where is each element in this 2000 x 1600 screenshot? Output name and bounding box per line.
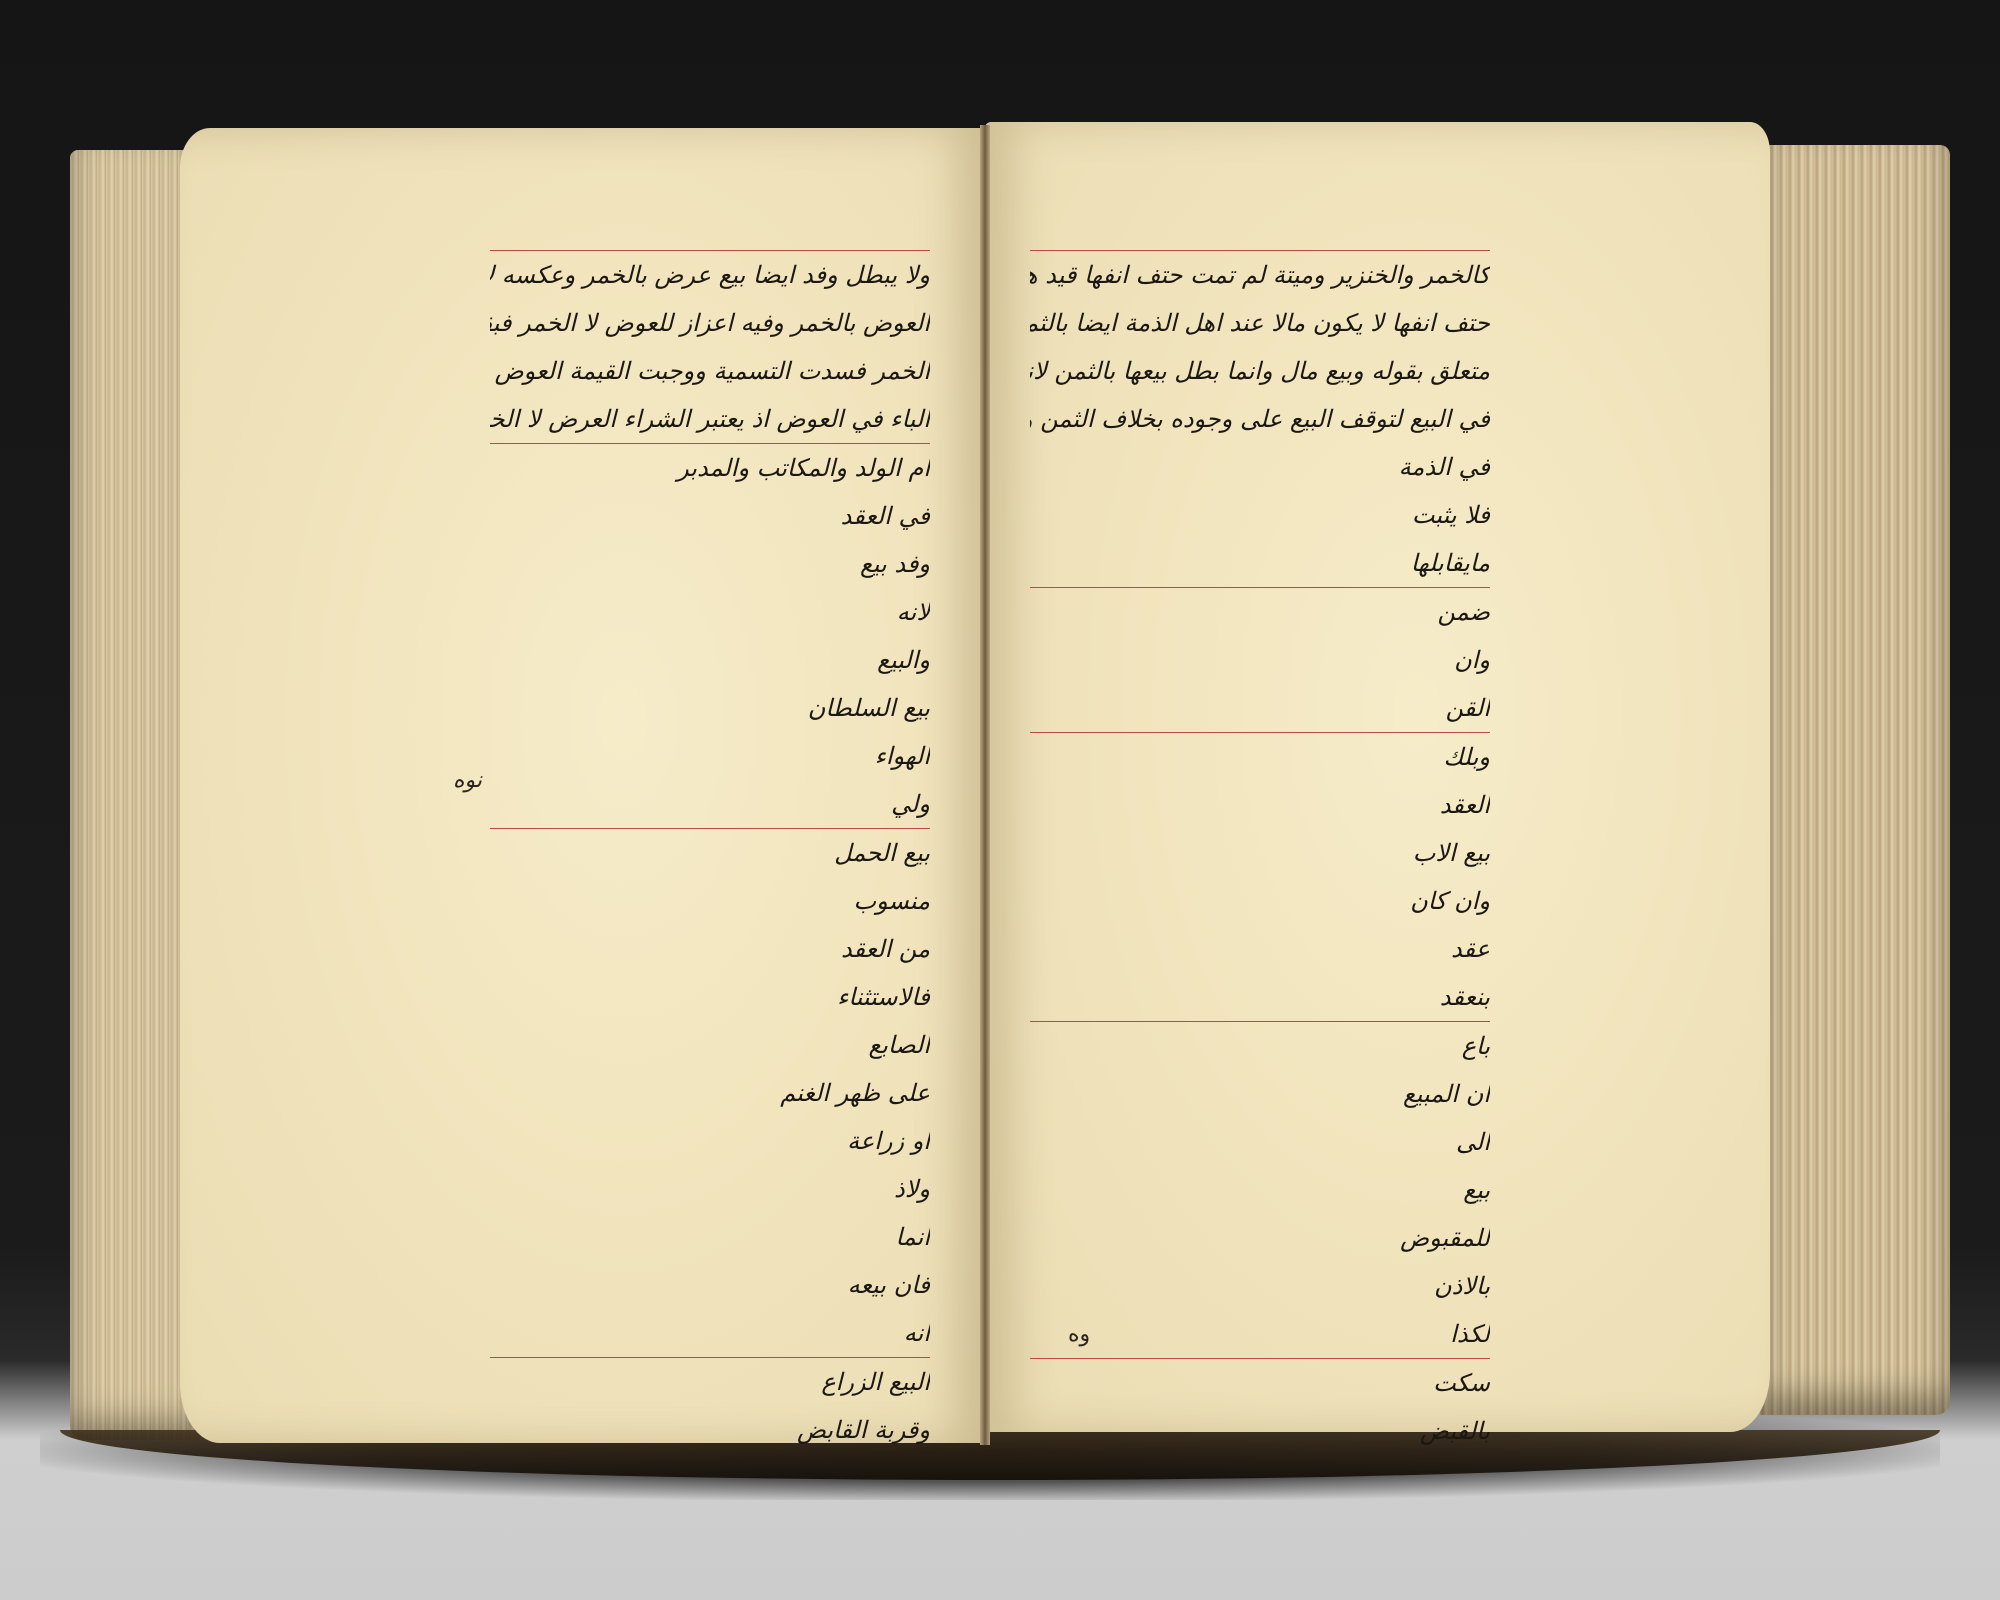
text-line: وان xyxy=(1030,636,1490,684)
margin-note: نوه xyxy=(453,768,482,793)
text-line: الصابع xyxy=(490,1021,930,1069)
text-line: بالاذن xyxy=(1030,1262,1490,1310)
text-line: البيع الزراع xyxy=(490,1357,930,1406)
text-line: متعلق بقوله وبيع مال وانما بطل بيعها بال… xyxy=(1030,347,1490,395)
text-line: كالخمر والخنزير وميتة لم تمت حتف انفها ق… xyxy=(1030,250,1490,299)
text-line: على ظهر الغنم xyxy=(490,1069,930,1117)
right-page-edges xyxy=(1760,145,1950,1415)
text-line: في الذمة xyxy=(1030,443,1490,491)
text-line: بنعقد xyxy=(1030,973,1490,1021)
text-line: بيع xyxy=(1030,1166,1490,1214)
folio-number: وه xyxy=(1068,1322,1090,1347)
text-line: لانه xyxy=(490,588,930,636)
text-line: فان بيعه xyxy=(490,1261,930,1309)
text-line: الباء في العوض اذ يعتبر الشراء العرض لا … xyxy=(490,395,930,443)
text-line: لكذا xyxy=(1030,1310,1490,1358)
text-line: فلا يثبت xyxy=(1030,491,1490,539)
right-page-text: كالخمر والخنزير وميتة لم تمت حتف انفها ق… xyxy=(1030,250,1490,1455)
text-line: القن xyxy=(1030,684,1490,732)
text-line: للمقبوض xyxy=(1030,1214,1490,1262)
text-line: في العقد xyxy=(490,492,930,540)
text-line: والبيع xyxy=(490,636,930,684)
text-line: بالقبض xyxy=(1030,1407,1490,1455)
text-line: حتف انفها لا يكون مالا عند اهل الذمة ايض… xyxy=(1030,299,1490,347)
text-line: مايقابلها xyxy=(1030,539,1490,587)
text-line: او زراعة xyxy=(490,1117,930,1165)
open-manuscript: ولا يبطل وفد ايضا بيع عرض بالخمر وعكسه ل… xyxy=(0,0,2000,1600)
text-line: انه xyxy=(490,1309,930,1357)
text-line: باع xyxy=(1030,1021,1490,1070)
text-line: وقربة القابض xyxy=(490,1406,930,1454)
text-line: وبلك xyxy=(1030,732,1490,781)
left-page-text: ولا يبطل وفد ايضا بيع عرض بالخمر وعكسه ل… xyxy=(490,250,930,1454)
text-line: في البيع لتوقف البيع على وجوده بخلاف الث… xyxy=(1030,395,1490,443)
text-line: الخمر فسدت التسمية ووجبت القيمة العوض لا… xyxy=(490,347,930,395)
text-line: ان المبيع xyxy=(1030,1070,1490,1118)
book-gutter xyxy=(980,125,990,1445)
text-line: وان كان xyxy=(1030,877,1490,925)
text-line: بيع الحمل xyxy=(490,828,930,877)
photo-scene: ولا يبطل وفد ايضا بيع عرض بالخمر وعكسه ل… xyxy=(0,0,2000,1600)
text-line: الى xyxy=(1030,1118,1490,1166)
text-line: فالاستثناء xyxy=(490,973,930,1021)
text-line: ام الولد والمكاتب والمدبر xyxy=(490,443,930,492)
text-line: سكت xyxy=(1030,1358,1490,1407)
text-line: العوض بالخمر وفيه اعزاز للعوض لا الخمر ف… xyxy=(490,299,930,347)
text-line: ولا يبطل وفد ايضا بيع عرض بالخمر وعكسه ل… xyxy=(490,250,930,299)
text-line: الهواء xyxy=(490,732,930,780)
text-line: منسوب xyxy=(490,877,930,925)
text-line: بيع السلطان xyxy=(490,684,930,732)
text-line: من العقد xyxy=(490,925,930,973)
text-line: ضمن xyxy=(1030,587,1490,636)
text-line: ولاذ xyxy=(490,1165,930,1213)
text-line: انما xyxy=(490,1213,930,1261)
text-line: وفد بيع xyxy=(490,540,930,588)
text-line: عقد xyxy=(1030,925,1490,973)
text-line: العقد xyxy=(1030,781,1490,829)
text-line: بيع الاب xyxy=(1030,829,1490,877)
text-line: ولي xyxy=(490,780,930,828)
